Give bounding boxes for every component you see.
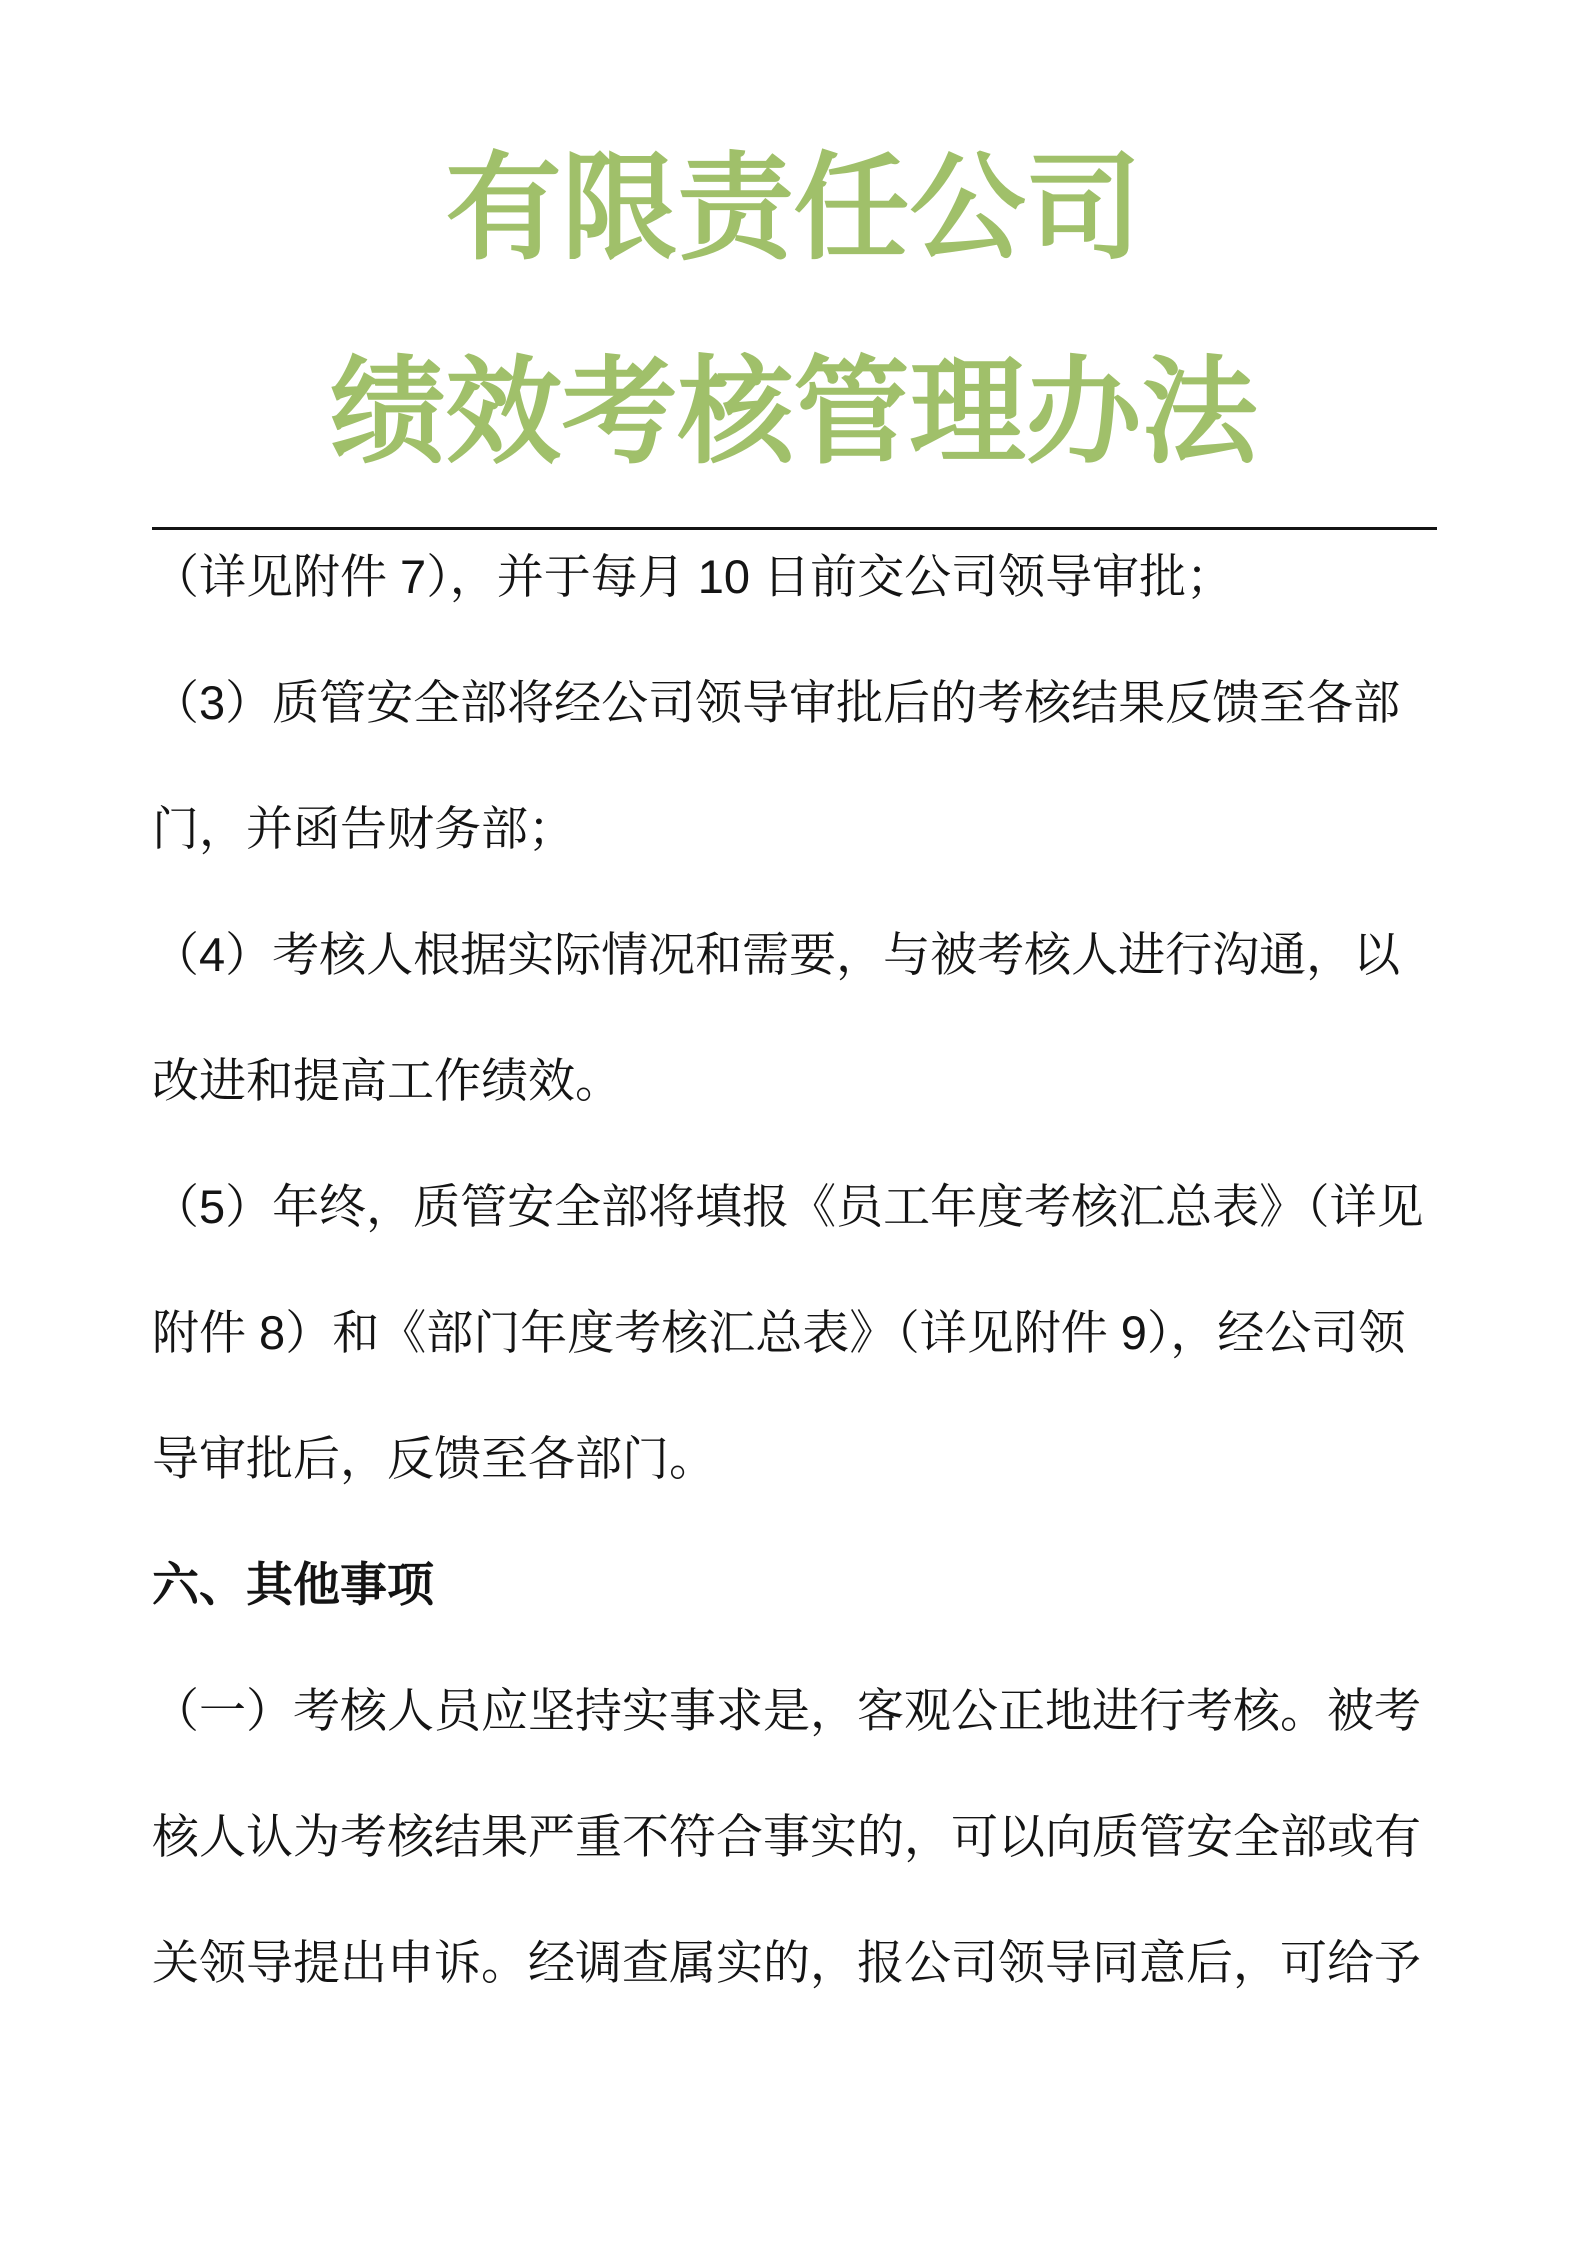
body-line: 关领导提出申诉。经调查属实的，报公司领导同意后，可给予 [152,1900,1439,2026]
body-line: 附件 8）和《部门年度考核汇总表》（详见附件 9），经公司领 [152,1270,1439,1396]
body-line: 核人认为考核结果严重不符合事实的，可以向质管安全部或有 [152,1774,1439,1900]
body-line: 改进和提高工作绩效。 [152,1018,1439,1144]
document-title-line-2: 绩效考核管理办法 [0,266,1587,470]
body-line: （详见附件 7），并于每月 10 日前交公司领导审批； [152,514,1439,640]
document-page: 有限责任公司 绩效考核管理办法 （详见附件 7），并于每月 10 日前交公司领导… [0,0,1587,2245]
body-line: 门，并函告财务部； [152,766,1439,892]
body-line: 导审批后，反馈至各部门。 [152,1396,1439,1522]
body-line: （3）质管安全部将经公司领导审批后的考核结果反馈至各部 [152,640,1439,766]
body-line: （4）考核人根据实际情况和需要，与被考核人进行沟通，以 [152,892,1439,1018]
section-heading-other-matters: 六、其他事项 [152,1522,1439,1648]
body-line: （5）年终，质管安全部将填报《员工年度考核汇总表》（详见 [152,1144,1439,1270]
document-title-line-1: 有限责任公司 [0,0,1587,266]
document-body: （详见附件 7），并于每月 10 日前交公司领导审批； （3）质管安全部将经公司… [152,514,1439,2026]
body-line: （一）考核人员应坚持实事求是，客观公正地进行考核。被考 [152,1648,1439,1774]
